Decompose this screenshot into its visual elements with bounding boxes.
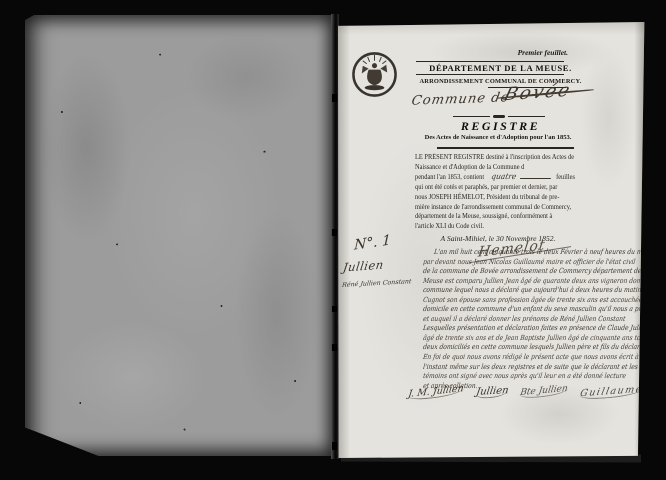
margin-surname: Jullien (342, 257, 385, 274)
intro-line-text: pendant l'an 1853, contient (415, 173, 484, 183)
commune-label-handwritten: Commune de (410, 90, 510, 108)
act-line: domicile en cette commune d'un enfant du… (422, 305, 645, 315)
intro-line: l'article XLI du Code civil. (415, 222, 575, 232)
act-line: de la commune de Bovée arrondissement de… (422, 267, 645, 277)
intro-line: département de la Meuse, soussigné, conf… (415, 212, 575, 222)
act-line: Meuse est comparu Jullien Jean âgé de qu… (422, 277, 645, 287)
act-line: l'instant même sur les deux registres et… (422, 363, 645, 373)
official-seal-stamp (351, 51, 398, 98)
registre-title: REGISTRE (393, 119, 608, 134)
act-line: deux domiciliés en cette commune lesquel… (422, 343, 645, 353)
act-line: En foi de quoi nous avons rédigé le prés… (422, 353, 645, 363)
signature: Jullien (475, 385, 509, 399)
act-line: et auquel il a déclaré donner les prénom… (422, 315, 645, 325)
intro-line: nous JOSEPH HÉMELOT, Président du tribun… (415, 193, 575, 203)
signature: Guillaumé (578, 384, 643, 401)
scanned-register-spread: Premier feuillet. DÉPARTEMENT DE LA MEUS… (0, 0, 666, 480)
premier-feuillet-note: Premier feuillet. (468, 48, 568, 57)
intro-line: qui ont été cotés et paraphés, par premi… (415, 183, 575, 193)
binding-mark (332, 306, 337, 312)
birth-act-text: L'an mil huit cent cinquante trois le de… (423, 248, 645, 391)
act-line: L'an mil huit cent cinquante trois le de… (422, 248, 645, 258)
arrondissement-heading: ARRONDISSEMENT COMMUNAL DE COMMERCY. (393, 78, 608, 85)
act-line: Cugnot son épouse sans profession âgée d… (422, 296, 645, 306)
title-rule (437, 147, 574, 149)
header-rule (416, 61, 564, 62)
handwritten-folio-count: quatre (491, 172, 518, 182)
registre-subtitle: Des Actes de Naissance et d'Adoption pou… (373, 134, 623, 141)
margin-act-number: N°. 1 (354, 232, 391, 253)
header-rule (416, 74, 564, 75)
pen-dash (520, 178, 550, 179)
binding-mark (332, 442, 337, 450)
binding-mark (332, 344, 337, 351)
blank-left-page (25, 15, 332, 456)
act-signatures: J. M. Jullien Jullien Bte Jullien Guilla… (408, 386, 644, 398)
act-line: Lesquelles présentation et déclaration f… (422, 324, 645, 334)
intro-line-text: feuilles (556, 173, 575, 183)
signature: J. M. Jullien (407, 383, 464, 401)
margin-given-names: Réné Jullien Constant (342, 278, 412, 289)
paper-specks (25, 15, 332, 456)
binding-mark (332, 229, 337, 236)
act-line: témoins ont signé avec nous après qu'il … (422, 372, 645, 382)
register-title-page: Premier feuillet. DÉPARTEMENT DE LA MEUS… (338, 22, 645, 458)
act-line: par devant nous Jean Nicolas Guillaumé m… (422, 258, 645, 268)
intro-paragraph: LE PRÉSENT REGISTRE destiné à l'inscript… (415, 153, 575, 232)
intro-line: LE PRÉSENT REGISTRE destiné à l'inscript… (415, 153, 575, 163)
intro-line: Naissance et d'Adoption de la Commune d (415, 163, 575, 173)
book-binding-gutter (331, 14, 339, 459)
signature: Bte Jullien (519, 384, 568, 399)
intro-line: pendant l'an 1853, contient quatre feuil… (415, 172, 575, 183)
binding-mark (332, 94, 337, 102)
ornament-divider (453, 115, 545, 118)
intro-line: mière instance de l'arrondissement commu… (415, 203, 575, 213)
departement-heading: DÉPARTEMENT DE LA MEUSE. (393, 63, 608, 73)
act-line: commune lequel nous a déclaré que aujour… (422, 286, 645, 296)
